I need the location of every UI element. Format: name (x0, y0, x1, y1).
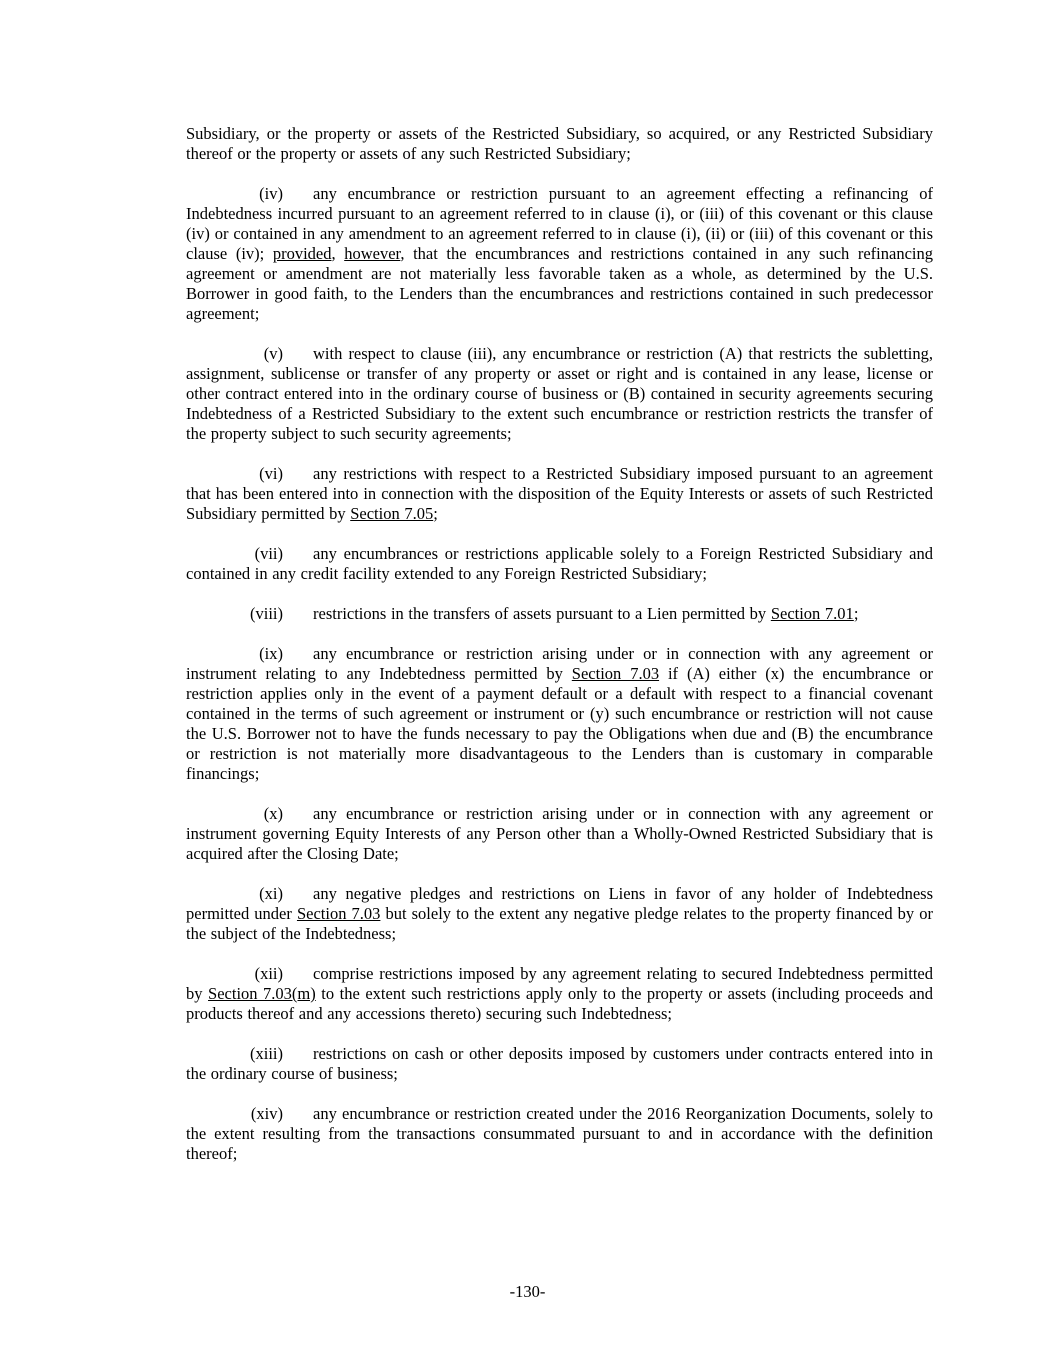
paragraph-clause-xii: (xii)comprise restrictions imposed by an… (186, 964, 933, 1024)
clause-number: (xii) (186, 964, 313, 984)
paragraph-clause-viii: (viii)restrictions in the transfers of a… (186, 604, 933, 624)
clause-number: (xiii) (186, 1044, 313, 1064)
paragraph-text: any encumbrance or restriction pursuant … (186, 184, 933, 323)
paragraph-clause-vi: (vi)any restrictions with respect to a R… (186, 464, 933, 524)
clause-number: (v) (186, 344, 313, 364)
paragraph-text: any encumbrance or restriction arising u… (186, 644, 933, 783)
clause-number: (ix) (186, 644, 313, 664)
clause-number: (x) (186, 804, 313, 824)
clause-number: (xi) (186, 884, 313, 904)
paragraph-continuation: Subsidiary, or the property or assets of… (186, 124, 933, 164)
paragraph-clause-v: (v)with respect to clause (iii), any enc… (186, 344, 933, 444)
paragraph-clause-xi: (xi)any negative pledges and restriction… (186, 884, 933, 944)
clause-number: (xiv) (186, 1104, 313, 1124)
paragraph-text: restrictions in the transfers of assets … (313, 604, 858, 623)
document-page: Subsidiary, or the property or assets of… (0, 0, 1055, 1365)
clause-number: (vii) (186, 544, 313, 564)
page-number: -130- (0, 1282, 1055, 1302)
clause-number: (iv) (186, 184, 313, 204)
paragraph-clause-xiv: (xiv)any encumbrance or restriction crea… (186, 1104, 933, 1164)
paragraph-clause-vii: (vii)any encumbrances or restrictions ap… (186, 544, 933, 584)
paragraph-clause-ix: (ix)any encumbrance or restriction arisi… (186, 644, 933, 784)
document-body: Subsidiary, or the property or assets of… (186, 124, 933, 1184)
paragraph-clause-xiii: (xiii)restrictions on cash or other depo… (186, 1044, 933, 1084)
clause-number: (viii) (186, 604, 313, 624)
paragraph-text: Subsidiary, or the property or assets of… (186, 124, 933, 163)
paragraph-clause-x: (x)any encumbrance or restriction arisin… (186, 804, 933, 864)
paragraph-clause-iv: (iv)any encumbrance or restriction pursu… (186, 184, 933, 324)
clause-number: (vi) (186, 464, 313, 484)
